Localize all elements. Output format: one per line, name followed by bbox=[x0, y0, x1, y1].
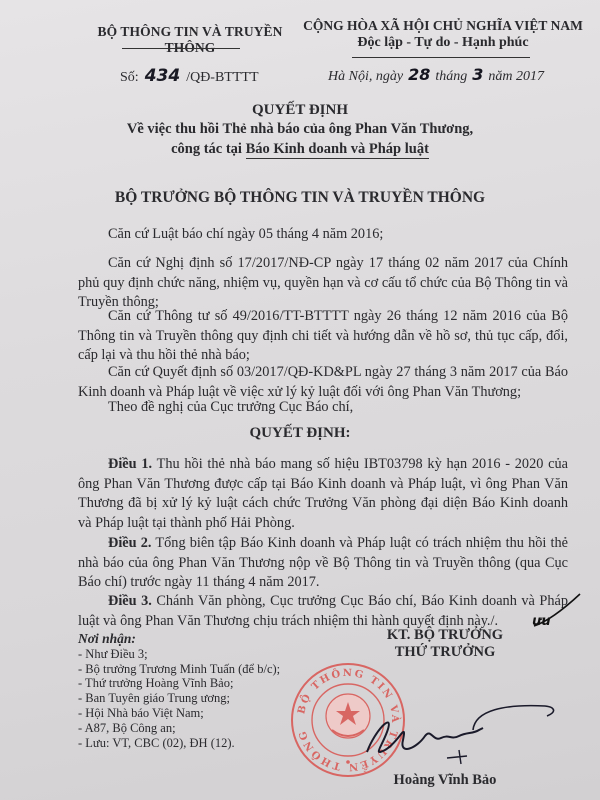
article-label: Điều 3. bbox=[108, 593, 152, 609]
number-prefix: Số: bbox=[120, 70, 139, 85]
article-text: Tổng biên tập Báo Kinh doanh và Pháp luậ… bbox=[78, 535, 568, 590]
subject-line-1: Về việc thu hồi Thẻ nhà báo của ông Phan… bbox=[0, 121, 600, 138]
date-prefix: Hà Nội, ngày bbox=[328, 69, 403, 84]
preamble-item: Căn cứ Thông tư số 49/2016/TT-BTTTT ngày… bbox=[78, 307, 568, 366]
decision-heading: QUYẾT ĐỊNH: bbox=[0, 425, 600, 442]
preamble-text: Căn cứ Quyết định số 03/2017/QĐ-KD&PL ng… bbox=[78, 363, 568, 402]
signature-icon bbox=[355, 690, 565, 770]
agency-divider bbox=[122, 48, 240, 49]
country-name: CỘNG HÒA XÃ HỘI CHỦ NGHĨA VIỆT NAM bbox=[303, 18, 583, 33]
recipient-item: - Lưu: VT, CBC (02), ĐH (12). bbox=[78, 736, 280, 751]
recipient-item: - Ban Tuyên giáo Trung ương; bbox=[78, 691, 280, 706]
subject-organization: Báo Kinh doanh và Pháp luật bbox=[246, 141, 429, 159]
recipients-heading: Nơi nhận: bbox=[78, 632, 280, 647]
subject-line-2: công tác tại Báo Kinh doanh và Pháp luật bbox=[0, 141, 600, 158]
recipient-item: - Thứ trưởng Hoàng Vĩnh Bảo; bbox=[78, 676, 280, 691]
preamble-text: Theo đề nghị của Cục trưởng Cục Báo chí, bbox=[78, 398, 568, 418]
document-title: QUYẾT ĐỊNH bbox=[0, 102, 600, 119]
preamble-item: Theo đề nghị của Cục trưởng Cục Báo chí, bbox=[78, 398, 568, 418]
date-year: năm 2017 bbox=[488, 69, 544, 84]
preamble-text: Căn cứ Luật báo chí ngày 05 tháng 4 năm … bbox=[78, 225, 568, 245]
signatory-title: KT. BỘ TRƯỞNG THỨ TRƯỞNG bbox=[345, 627, 545, 661]
subject-prefix: công tác tại bbox=[171, 141, 246, 157]
article-text: Chánh Văn phòng, Cục trưởng Cục Báo chí,… bbox=[78, 593, 568, 629]
article-3: Điều 3. Chánh Văn phòng, Cục trưởng Cục … bbox=[78, 592, 568, 631]
national-header: CỘNG HÒA XÃ HỘI CHỦ NGHĨA VIỆT NAM Độc l… bbox=[302, 18, 584, 51]
preamble-item: Căn cứ Quyết định số 03/2017/QĐ-KD&PL ng… bbox=[78, 363, 568, 402]
article-1: Điều 1. Thu hồi thẻ nhà báo mang số hiệu… bbox=[78, 455, 568, 533]
recipients-list: - Như Điều 3; - Bộ trưởng Trương Minh Tu… bbox=[78, 647, 280, 751]
recipient-item: - A87, Bộ Công an; bbox=[78, 721, 280, 736]
recipient-item: - Như Điều 3; bbox=[78, 647, 280, 662]
recipients-block: Nơi nhận: - Như Điều 3; - Bộ trưởng Trươ… bbox=[78, 632, 280, 750]
preamble-item: Căn cứ Luật báo chí ngày 05 tháng 4 năm … bbox=[78, 225, 568, 245]
document-number: Số:434/QĐ-BTTTT bbox=[120, 66, 259, 86]
signatory-line-1: KT. BỘ TRƯỞNG bbox=[345, 627, 545, 644]
handwritten-mark-icon bbox=[532, 590, 582, 630]
national-motto: Độc lập - Tự do - Hạnh phúc bbox=[302, 35, 584, 51]
article-2: Điều 2. Tổng biên tập Báo Kinh doanh và … bbox=[78, 534, 568, 593]
issuing-agency: BỘ THÔNG TIN VÀ TRUYỀN THÔNG bbox=[80, 24, 300, 56]
date-month: 3 bbox=[472, 65, 483, 84]
recipient-item: - Bộ trưởng Trương Minh Tuấn (để b/c); bbox=[78, 662, 280, 677]
date-month-label: tháng bbox=[435, 69, 467, 84]
issue-date: Hà Nội, ngày28tháng3năm 2017 bbox=[328, 65, 544, 85]
article-label: Điều 1. bbox=[108, 456, 152, 472]
preamble-text: Căn cứ Nghị định số 17/2017/NĐ-CP ngày 1… bbox=[78, 254, 568, 313]
decision-document: BỘ THÔNG TIN VÀ TRUYỀN THÔNG Số:434/QĐ-B… bbox=[0, 0, 600, 800]
signatory-line-2: THỨ TRƯỞNG bbox=[345, 644, 545, 661]
preamble-item: Căn cứ Nghị định số 17/2017/NĐ-CP ngày 1… bbox=[78, 254, 568, 313]
recipient-item: - Hội Nhà báo Việt Nam; bbox=[78, 706, 280, 721]
signer-name: Hoàng Vĩnh Bảo bbox=[345, 772, 545, 789]
issuing-authority: BỘ TRƯỞNG BỘ THÔNG TIN VÀ TRUYỀN THÔNG bbox=[0, 189, 600, 207]
preamble-text: Căn cứ Thông tư số 49/2016/TT-BTTTT ngày… bbox=[78, 307, 568, 366]
number-handwritten: 434 bbox=[145, 66, 181, 86]
article-text: Thu hồi thẻ nhà báo mang số hiệu IBT0379… bbox=[78, 456, 568, 531]
motto-divider bbox=[352, 57, 530, 58]
number-suffix: /QĐ-BTTTT bbox=[186, 70, 258, 85]
article-label: Điều 2. bbox=[108, 535, 152, 551]
date-day: 28 bbox=[408, 65, 430, 84]
